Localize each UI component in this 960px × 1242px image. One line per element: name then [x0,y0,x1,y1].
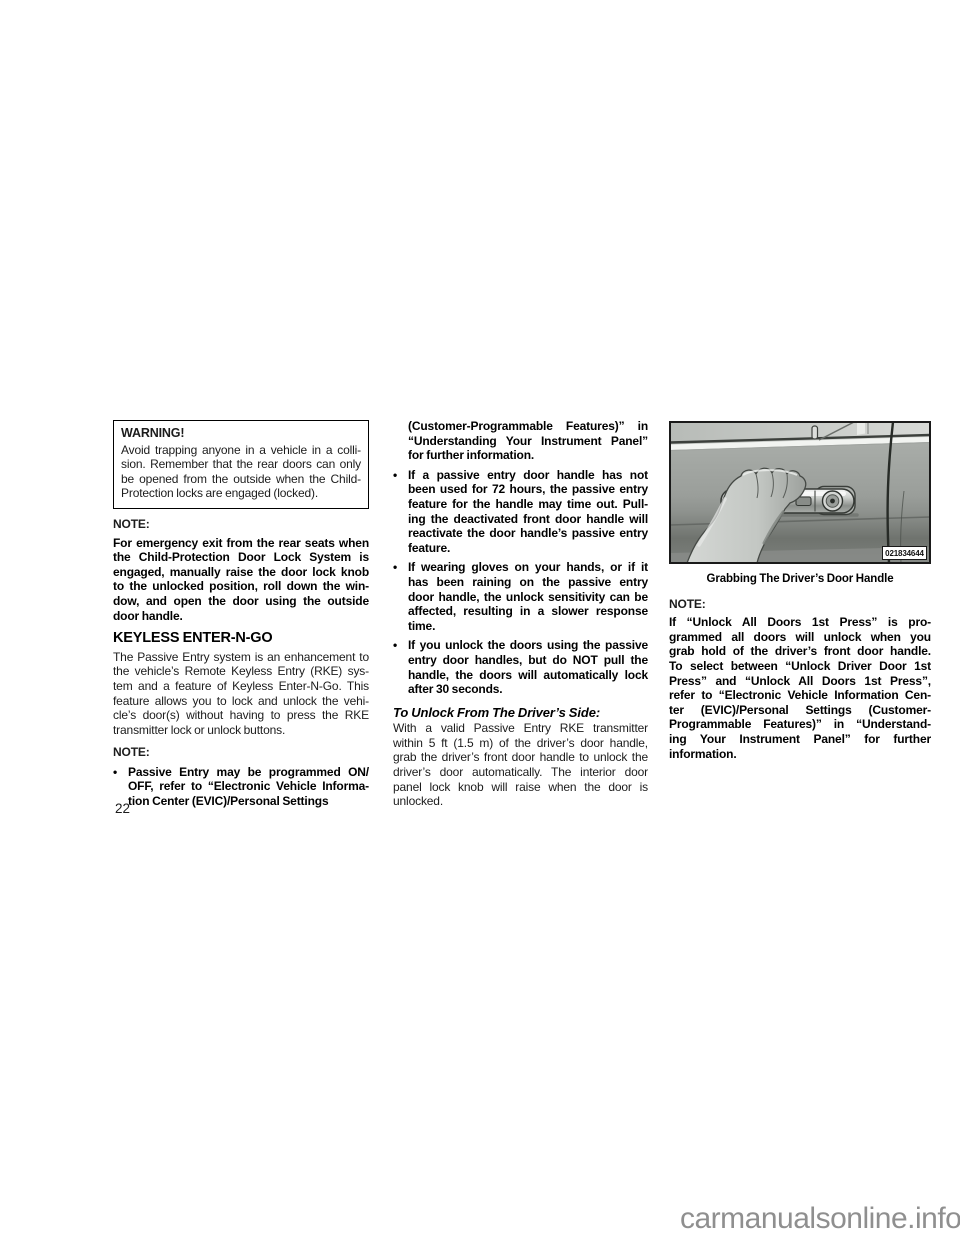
figure-caption: Grabbing The Driver’s Door Handle [669,572,931,587]
note-paragraph: If “Unlock All Doors 1st Press” is pro-g… [669,615,931,761]
text-line: Protection locks are engaged (locked). [121,486,361,501]
left-column: WARNING! Avoid trapping anyone in a vehi… [113,420,369,809]
text-line: tion Center (EVIC)/Personal Settings [128,794,369,809]
unlock-paragraph: With a valid Passive Entry RKE transmitt… [393,721,648,809]
right-column: 021834644 Grabbing The Driver’s Door Han… [669,421,931,761]
text-line: The Passive Entry system is an enhanceme… [113,650,369,665]
text-line: (Customer-Programmable Features)” in [408,419,648,434]
text-line: within 5 ft (1.5 m) of the driver’s door… [393,736,648,751]
warning-box: WARNING! Avoid trapping anyone in a vehi… [113,420,369,509]
bullet-text: If wearing gloves on your hands, or if i… [408,560,648,633]
bullet-continuation-text: (Customer-Programmable Features)” in“Und… [393,419,648,463]
text-line: To select between “Unlock Driver Door 1s… [669,659,931,674]
bullet-icon: • [393,468,408,556]
text-line: dow, and open the door using the outside [113,594,369,609]
text-line: OFF, refer to “Electronic Vehicle Inform… [128,779,369,794]
section-heading-keyless-enter-n-go: KEYLESS ENTER-N-GO [113,631,369,646]
text-line: ing Your Instrument Panel” for further [669,732,931,747]
door-lock-knob [812,426,818,439]
bullet-text: If you unlock the doors using the passiv… [408,638,648,696]
text-line: grab hold of the driver’s front door han… [669,644,931,659]
bullet-item: • If a passive entry door handle has not… [393,468,648,556]
text-line: driver’s door automatically. The interio… [393,765,648,780]
text-line: ing the deactivated front door handle wi… [408,512,648,527]
text-line: If you unlock the doors using the passiv… [408,638,648,653]
subheading-unlock-drivers-side: To Unlock From The Driver’s Side: [393,706,648,721]
text-line: information. [669,747,931,762]
figure-label: 021834644 [885,549,924,558]
text-line: tem and a feature of Keyless Enter-N-Go.… [113,679,369,694]
text-line: refer to “Electronic Vehicle Information… [669,688,931,703]
page-number: 22 [115,801,130,816]
text-line: transmitter lock or unlock buttons. [113,723,369,738]
bullet-text: Passive Entry may be programmed ON/OFF, … [128,765,369,809]
text-line: time. [408,619,648,634]
text-line: grammed all doors will unlock when you [669,630,931,645]
text-line: feature allows you to lock and unlock th… [113,694,369,709]
text-line: reactivate the door handle’s passive ent… [408,526,648,541]
warning-title: WARNING! [121,426,361,441]
door-handle-figure: 021834644 Grabbing The Driver’s Door Han… [669,421,931,587]
text-line: ter (EVIC)/Personal Settings (Customer- [669,703,931,718]
text-line: Avoid trapping anyone in a vehicle in a … [121,443,361,458]
text-line: for further information. [408,448,648,463]
text-line: unlocked. [393,794,648,809]
text-line: Press” and “Unlock All Doors 1st Press”, [669,674,931,689]
bullet-item: • If wearing gloves on your hands, or if… [393,560,648,633]
text-line: feature for the handle may time out. Pul… [408,497,648,512]
bullet-item: • Passive Entry may be programmed ON/OFF… [113,765,369,809]
text-line: engaged, manually raise the door lock kn… [113,565,369,580]
text-line: door handle. [113,609,369,624]
text-line: after 30 seconds. [408,682,648,697]
text-line: has been raining on the passive entry [408,575,648,590]
text-line: been used for 72 hours, the passive entr… [408,482,648,497]
text-line: entry door handles, but do NOT pull the [408,653,648,668]
text-line: the vehicle’s Remote Keyless Entry (RKE)… [113,664,369,679]
note-paragraph: For emergency exit from the rear seats w… [113,536,369,624]
text-line: affected, resulting in a slower response [408,604,648,619]
note-label: NOTE: [113,745,369,760]
keyless-intro-paragraph: The Passive Entry system is an enhanceme… [113,650,369,738]
bullet-text: If a passive entry door handle has notbe… [408,468,648,556]
note-label: NOTE: [669,597,931,612]
text-line: door handle, the unlock sensitivity can … [408,590,648,605]
text-line: Programmable Features)” in “Understand- [669,717,931,732]
text-line: With a valid Passive Entry RKE transmitt… [393,721,648,736]
text-line: Passive Entry may be programmed ON/ [128,765,369,780]
bullet-icon: • [393,638,408,696]
text-line: feature. [408,541,648,556]
middle-column: (Customer-Programmable Features)” in“Und… [393,419,648,809]
text-line: If “Unlock All Doors 1st Press” is pro- [669,615,931,630]
text-line: “Understanding Your Instrument Panel” [408,434,648,449]
text-line: to the unlocked position, roll down the … [113,579,369,594]
text-line: the Child-Protection Door Lock System is [113,550,369,565]
bullet-icon: • [393,560,408,633]
door-handle-illustration: 021834644 [669,421,931,564]
text-line: grab the driver’s front door handle to u… [393,750,648,765]
text-line: panel lock knob will raise when the door… [393,780,648,795]
text-line: For emergency exit from the rear seats w… [113,536,369,551]
text-line: sion. Remember that the rear doors can o… [121,457,361,472]
text-line: If a passive entry door handle has not [408,468,648,483]
note-label: NOTE: [113,517,369,532]
bullet-item: • If you unlock the doors using the pass… [393,638,648,696]
text-line: cle’s door(s) without having to press th… [113,708,369,723]
warning-body: Avoid trapping anyone in a vehicle in a … [121,443,361,501]
text-line: be opened from the outside when the Chil… [121,472,361,487]
watermark: carmanualsonline.info [680,1202,960,1236]
text-line: handle, the doors will automatically loc… [408,668,648,683]
text-line: If wearing gloves on your hands, or if i… [408,560,648,575]
